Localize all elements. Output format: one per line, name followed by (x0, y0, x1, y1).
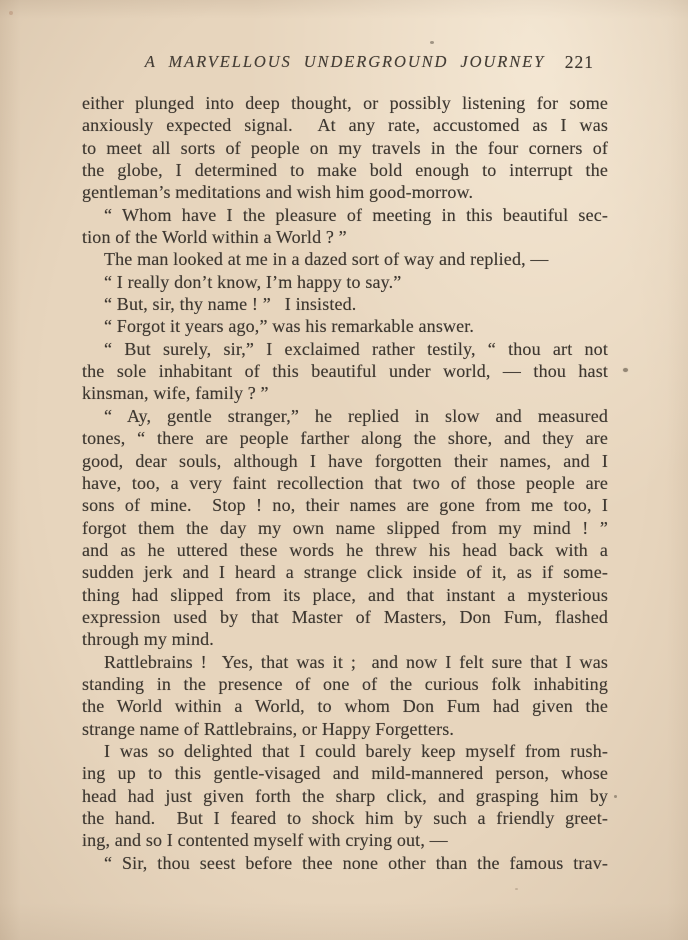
text-line: “ Sir, thou seest before thee none other… (82, 852, 608, 874)
text-line: sudden jerk and I heard a strange click … (82, 561, 608, 583)
text-line: tones, “ there are people farther along … (82, 427, 608, 449)
text-line: have, too, a very faint recollection tha… (82, 472, 608, 494)
text-line: sons of mine. Stop ! no, their names are… (82, 494, 608, 516)
page-body-text: either plunged into deep thought, or pos… (82, 92, 608, 874)
text-line: The man looked at me in a dazed sort of … (82, 248, 608, 270)
text-line: gentleman’s meditations and wish him goo… (82, 181, 608, 203)
running-head: A MARVELLOUS UNDERGROUND JOURNEY 221 (82, 52, 608, 76)
text-line: either plunged into deep thought, or pos… (82, 92, 608, 114)
text-line: good, dear souls, although I have forgot… (82, 450, 608, 472)
text-line: kinsman, wife, family ? ” (82, 382, 608, 404)
text-line: the World within a World, to whom Don Fu… (82, 695, 608, 717)
text-line: and as he uttered these words he threw h… (82, 539, 608, 561)
book-page: A MARVELLOUS UNDERGROUND JOURNEY 221 eit… (0, 0, 688, 940)
scan-speck (623, 368, 628, 372)
text-line: “ Forgot it years ago,” was his remarkab… (82, 315, 608, 337)
text-line: forgot them the day my own name slipped … (82, 517, 608, 539)
running-head-title: A MARVELLOUS UNDERGROUND JOURNEY (145, 52, 545, 72)
page-number: 221 (565, 52, 594, 73)
text-line: through my mind. (82, 628, 608, 650)
text-line: “ But, sir, thy name ! ” I insisted. (82, 293, 608, 315)
text-line: standing in the presence of one of the c… (82, 673, 608, 695)
text-line: strange name of Rattlebrains, or Happy F… (82, 718, 608, 740)
text-line: “ But surely, sir,” I exclaimed rather t… (82, 338, 608, 360)
text-line: I was so delighted that I could barely k… (82, 740, 608, 762)
text-line: Rattlebrains ! Yes, that was it ; and no… (82, 651, 608, 673)
text-line: head had just given forth the sharp clic… (82, 785, 608, 807)
text-line: to meet all sorts of people on my travel… (82, 137, 608, 159)
text-line: thing had slipped from its place, and th… (82, 584, 608, 606)
text-line: ing, and so I contented myself with cryi… (82, 829, 608, 851)
text-line: anxiously expected signal. At any rate, … (82, 114, 608, 136)
text-line: ing up to this gentle-visaged and mild-m… (82, 762, 608, 784)
scan-speck (614, 795, 617, 798)
text-line: expression used by that Master of Master… (82, 606, 608, 628)
text-line: the hand. But I feared to shock him by s… (82, 807, 608, 829)
scan-speck (430, 41, 434, 44)
text-line: “ Whom have I the pleasure of meeting in… (82, 204, 608, 226)
text-line: the sole inhabitant of this beautiful un… (82, 360, 608, 382)
text-line: “ Ay, gentle stranger,” he replied in sl… (82, 405, 608, 427)
text-line: “ I really don’t know, I’m happy to say.… (82, 271, 608, 293)
text-line: the globe, I determined to make bold eno… (82, 159, 608, 181)
scan-speck (9, 11, 13, 15)
text-line: tion of the World within a World ? ” (82, 226, 608, 248)
scan-speck (515, 888, 518, 890)
